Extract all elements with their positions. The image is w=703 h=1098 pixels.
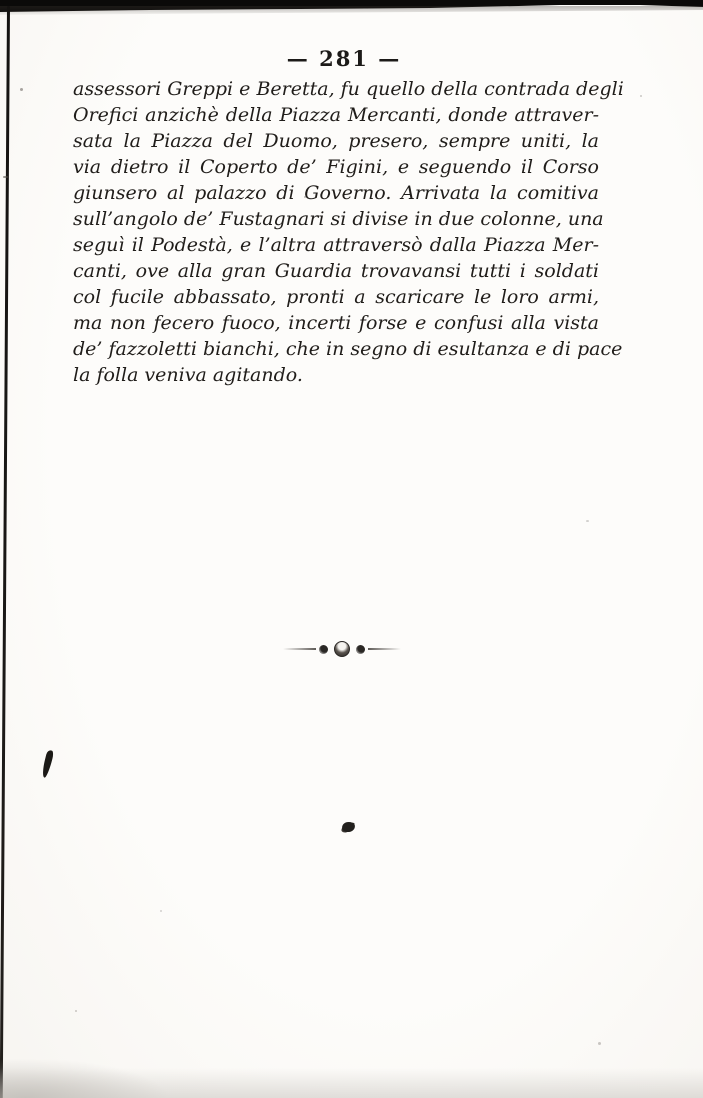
text-line: sata la Piazza del Duomo, presero, sempr…: [73, 128, 599, 154]
text-line: via dietro il Coperto de’ Figini, e segu…: [73, 154, 599, 180]
body-text: assessori Greppi e Beretta, fu quello de…: [73, 76, 599, 388]
paper-speck: [304, 196, 306, 198]
ink-stroke-mark: [41, 750, 55, 779]
paper-speck: [75, 1010, 77, 1012]
page-number: — 281 —: [0, 46, 688, 71]
paper-speck: [337, 115, 340, 118]
text-line: ma non fecero fuoco, incerti forse e con…: [73, 310, 599, 336]
text-line: la folla veniva agitando.: [73, 362, 599, 388]
bead-icon: [319, 645, 328, 654]
text-line: de’ fazzoletti bianchi, che in segno di …: [73, 336, 599, 362]
text-line: seguì il Podestà, e l’altra attraversò d…: [73, 232, 599, 258]
paper-speck: [598, 1042, 601, 1045]
paper-speck: [20, 88, 23, 91]
fleuron-divider-icon: [283, 640, 401, 658]
paper-speck: [3, 176, 8, 178]
paper-speck: [586, 520, 589, 522]
scan-top-edge-shadow: [0, 6, 703, 16]
ink-spot-mark: [341, 821, 355, 833]
text-line: assessori Greppi e Beretta, fu quello de…: [73, 76, 599, 102]
text-line: canti, ove alla gran Guardia trovavansi …: [73, 258, 599, 284]
text-line: col fucile abbassato, pronti a scaricare…: [73, 284, 599, 310]
divider-rule-left: [283, 648, 316, 650]
scanned-book-page: — 281 — assessori Greppi e Beretta, fu q…: [0, 0, 703, 1098]
bottom-edge-shading: [0, 1068, 703, 1098]
page-fold-line: [0, 6, 10, 1098]
paper-speck: [640, 95, 642, 97]
bead-icon: [334, 641, 350, 657]
bead-icon: [356, 645, 365, 654]
paper-speck: [160, 910, 162, 912]
text-line: sull’angolo de’ Fustagnari si divise in …: [73, 206, 599, 232]
text-line: giunsero al palazzo di Governo. Arrivata…: [73, 180, 599, 206]
divider-rule-right: [368, 648, 401, 650]
text-line: Orefici anzichè della Piazza Mercanti, d…: [73, 102, 599, 128]
